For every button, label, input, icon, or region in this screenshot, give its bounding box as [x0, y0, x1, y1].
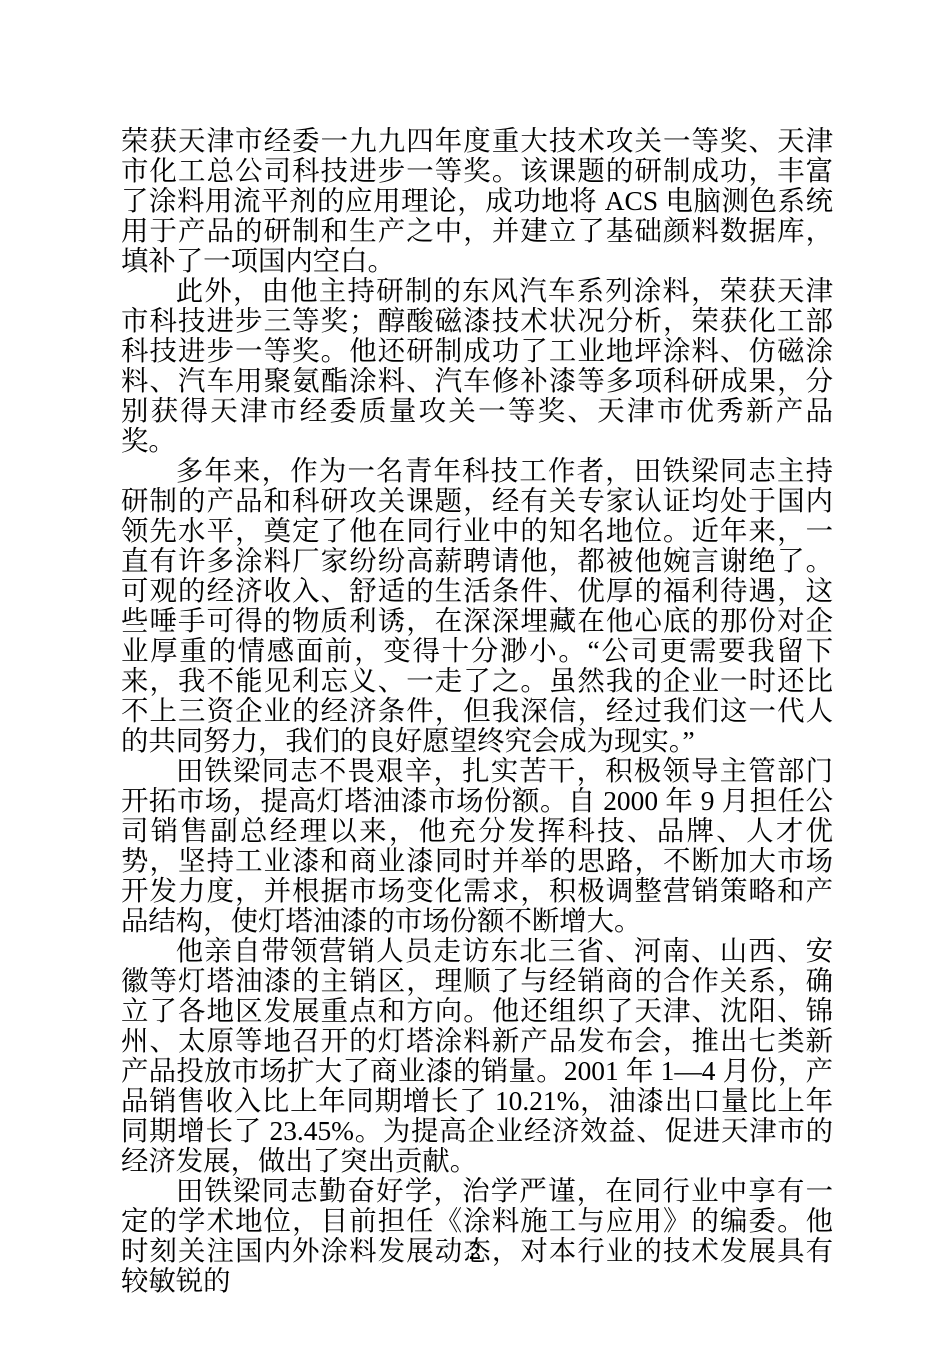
document-body: 荣获天津市经委一九九四年度重大技术攻关一等奖、天津市化工总公司科技进步一等奖。该…: [121, 126, 833, 1296]
page-number: 2: [0, 1238, 950, 1266]
paragraph: 田铁梁同志不畏艰辛，扎实苦干，积极领导主管部门开拓市场，提高灯塔油漆市场份额。自…: [121, 756, 833, 936]
paragraph: 此外，由他主持研制的东风汽车系列涂料，荣获天津市科技进步三等奖；醇酸磁漆技术状况…: [121, 276, 833, 456]
document-page: 荣获天津市经委一九九四年度重大技术攻关一等奖、天津市化工总公司科技进步一等奖。该…: [0, 0, 950, 1350]
paragraph: 田铁梁同志勤奋好学，治学严谨，在同行业中享有一定的学术地位，目前担任《涂料施工与…: [121, 1176, 833, 1296]
paragraph: 多年来，作为一名青年科技工作者，田铁梁同志主持研制的产品和科研攻关课题，经有关专…: [121, 456, 833, 756]
paragraph-continuation: 荣获天津市经委一九九四年度重大技术攻关一等奖、天津市化工总公司科技进步一等奖。该…: [121, 126, 833, 276]
paragraph: 他亲自带领营销人员走访东北三省、河南、山西、安徽等灯塔油漆的主销区，理顺了与经销…: [121, 936, 833, 1176]
